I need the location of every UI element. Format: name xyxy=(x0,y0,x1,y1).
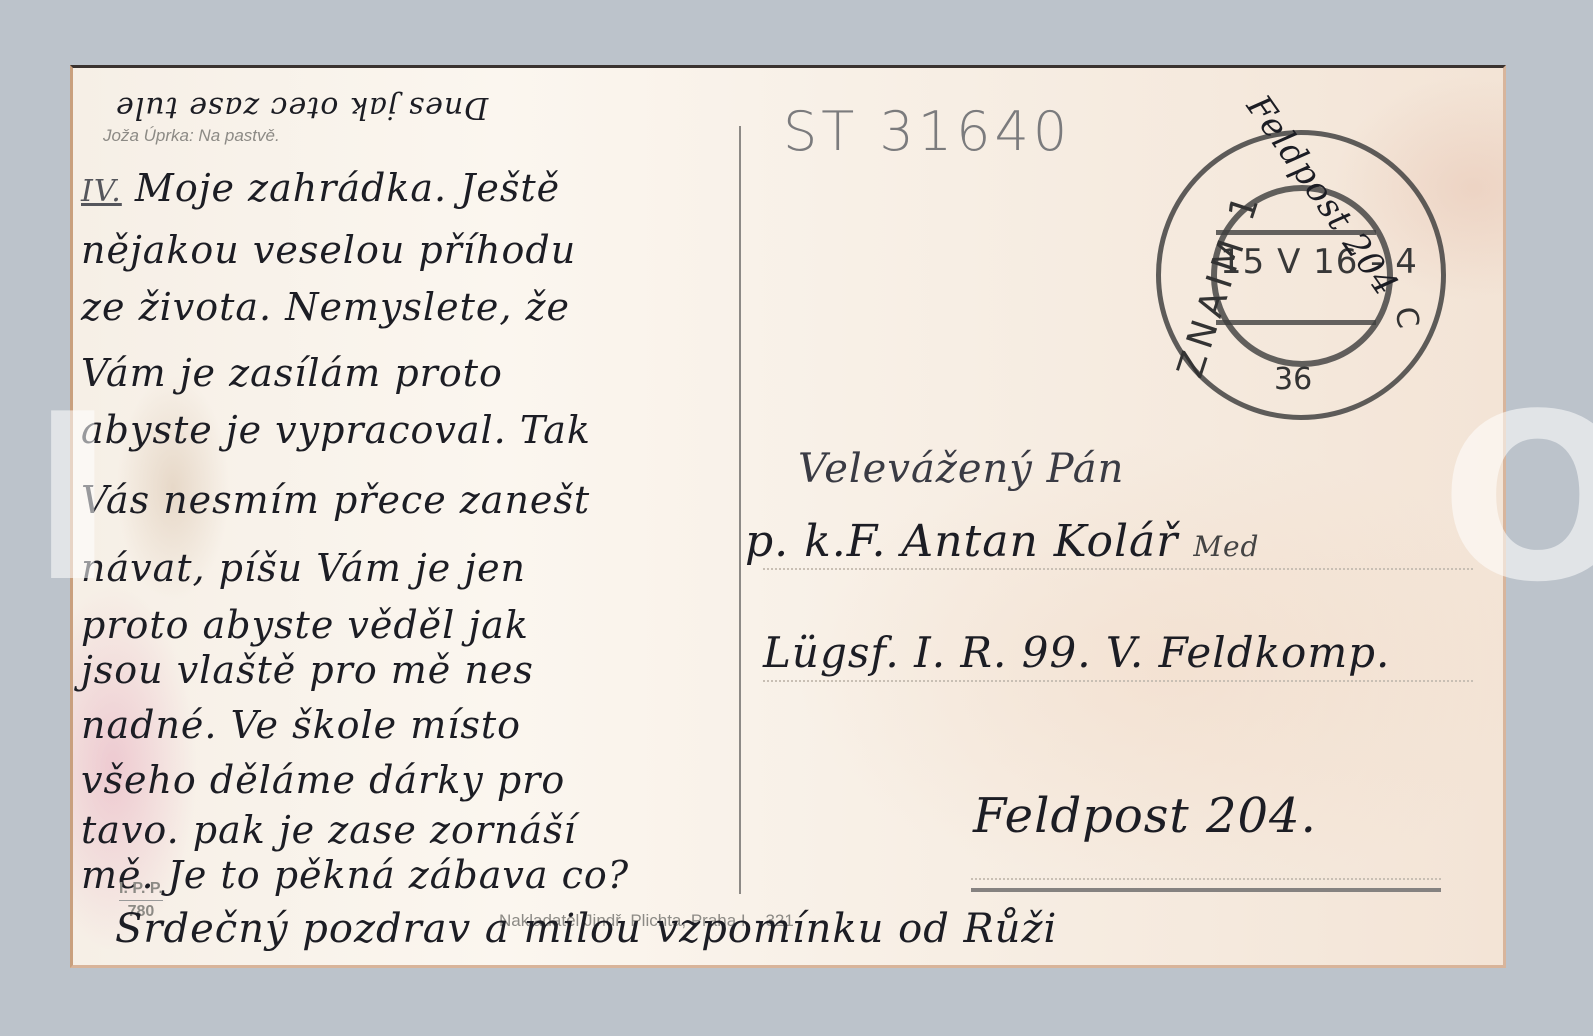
message-line: návat, píšu Vám je jen xyxy=(81,546,526,590)
message-line: IV. Moje zahrádka. Ještě xyxy=(81,166,560,210)
message-line: jsou vlaště pro mě nes xyxy=(81,648,534,692)
message-line: tavo. pak je zase zornáší xyxy=(81,808,577,852)
message-line: Vás nesmím přece zanešt xyxy=(81,478,590,522)
postcard-back: Dnes jak otec zase tule Joža Úprka: Na p… xyxy=(70,65,1506,968)
address-dotted-line xyxy=(763,680,1473,682)
address-name: p. k.F. Antan Kolář Med xyxy=(745,516,1259,567)
message-line: ze života. Nemyslete, že xyxy=(81,285,570,329)
section-numeral: IV. xyxy=(81,174,122,209)
address-feldpost: Feldpost 204. xyxy=(973,788,1317,844)
reference-number: ST 31640 xyxy=(783,100,1071,163)
center-divider xyxy=(739,126,741,894)
closing-line: Srdečný pozdrav a milou vzpomínku od Růž… xyxy=(115,906,1057,952)
message-line: nějakou veselou příhodu xyxy=(81,228,576,272)
artwork-caption: Joža Úprka: Na pastvě. xyxy=(103,126,280,146)
series-mark-top: I. P. P. xyxy=(119,878,163,901)
postmark-bar-bottom xyxy=(1216,320,1376,325)
message-line: proto abyste věděl jak xyxy=(81,603,529,647)
address-underline xyxy=(971,888,1441,892)
upside-down-handwriting: Dnes jak otec zase tule xyxy=(115,90,488,125)
message-line-text: Moje zahrádka. Ještě xyxy=(135,166,560,210)
message-line: abyste je vypracoval. Tak xyxy=(81,408,591,452)
message-line: nadné. Ve škole místo xyxy=(81,703,521,747)
message-line: Vám je zasílám proto xyxy=(81,351,503,395)
address-salutation: Velevážený Pán xyxy=(798,446,1124,492)
address-dotted-line xyxy=(971,878,1441,880)
message-line: všeho děláme dárky pro xyxy=(81,758,565,802)
message-line: mě. Je to pěkná zábava co? xyxy=(81,853,629,897)
address-name-text: p. k.F. Antan Kolář xyxy=(745,516,1178,567)
address-unit: Lügsf. I. R. 99. V. Feldkomp. xyxy=(763,628,1390,677)
postmark-number: 36 xyxy=(1274,362,1312,397)
address-dotted-line xyxy=(763,568,1473,570)
address-suffix: Med xyxy=(1193,530,1259,563)
